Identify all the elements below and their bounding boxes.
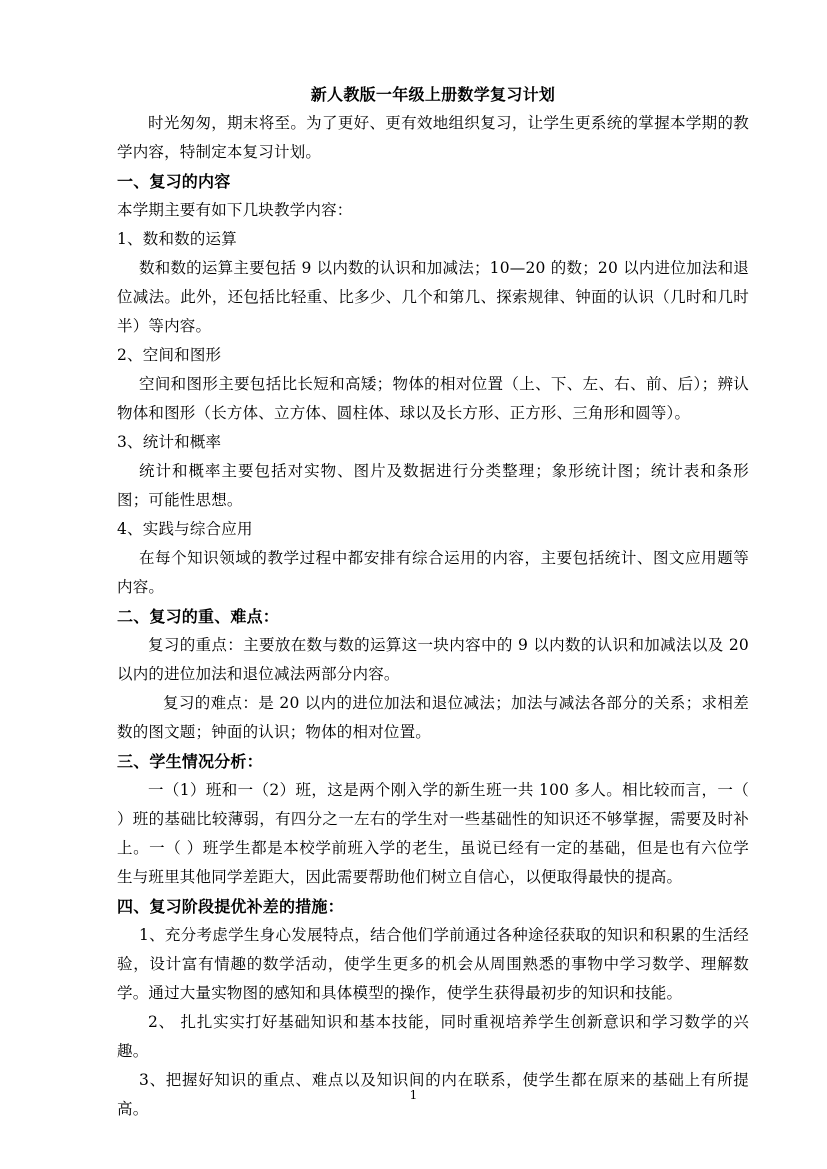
document-page: 新人教版一年级上册数学复习计划 时光匆匆，期末将至。为了更好、更有效地组织复习，… [117,80,749,1124]
document-title: 新人教版一年级上册数学复习计划 [117,80,749,109]
subsection-label: 4、实践与综合应用 [117,515,749,544]
student-analysis-paragraph: 一（1）班和一（2）班，这是两个刚入学的新生班一共 100 多人。相比较而言，一… [117,776,749,892]
key-points-paragraph: 复习的重点：主要放在数与数的运算这一块内容中的 9 以内数的认识和加减法以及 2… [117,631,749,689]
measure-item: 1、充分考虑学生身心发展特点，结合他们学前通过各种途径获取的知识和积累的生活经验… [117,921,749,1008]
subsection-label: 2、空间和图形 [117,341,749,370]
subsection-paragraph: 空间和图形主要包括比长短和高矮；物体的相对位置（上、下、左、右、前、后）；辨认物… [117,370,749,428]
subsection-paragraph: 数和数的运算主要包括 9 以内数的认识和加减法；10—20 的数；20 以内进位… [117,254,749,341]
subsection-label: 1、数和数的运算 [117,225,749,254]
section-heading-student-analysis: 三、学生情况分析： [117,747,749,776]
section-heading-content: 一、复习的内容 [117,167,749,196]
section-heading-key-points: 二、复习的重、难点： [117,602,749,631]
section-heading-measures: 四、复习阶段提优补差的措施： [117,892,749,921]
subsection-paragraph: 在每个知识领域的教学过程中都安排有综合运用的内容，主要包括统计、图文应用题等内容… [117,544,749,602]
section-lead: 本学期主要有如下几块教学内容： [117,196,749,225]
page-number: 1 [0,1087,827,1103]
measure-item: 2、 扎扎实实打好基础知识和基本技能，同时重视培养学生创新意识和学习数学的兴趣。 [117,1008,749,1066]
subsection-label: 3、统计和概率 [117,428,749,457]
subsection-paragraph: 统计和概率主要包括对实物、图片及数据进行分类整理；象形统计图；统计表和条形图；可… [117,457,749,515]
difficult-points-paragraph: 复习的难点：是 20 以内的进位加法和退位减法；加法与减法各部分的关系；求相差数… [117,689,749,747]
intro-paragraph: 时光匆匆，期末将至。为了更好、更有效地组织复习，让学生更系统的掌握本学期的教学内… [117,109,749,167]
